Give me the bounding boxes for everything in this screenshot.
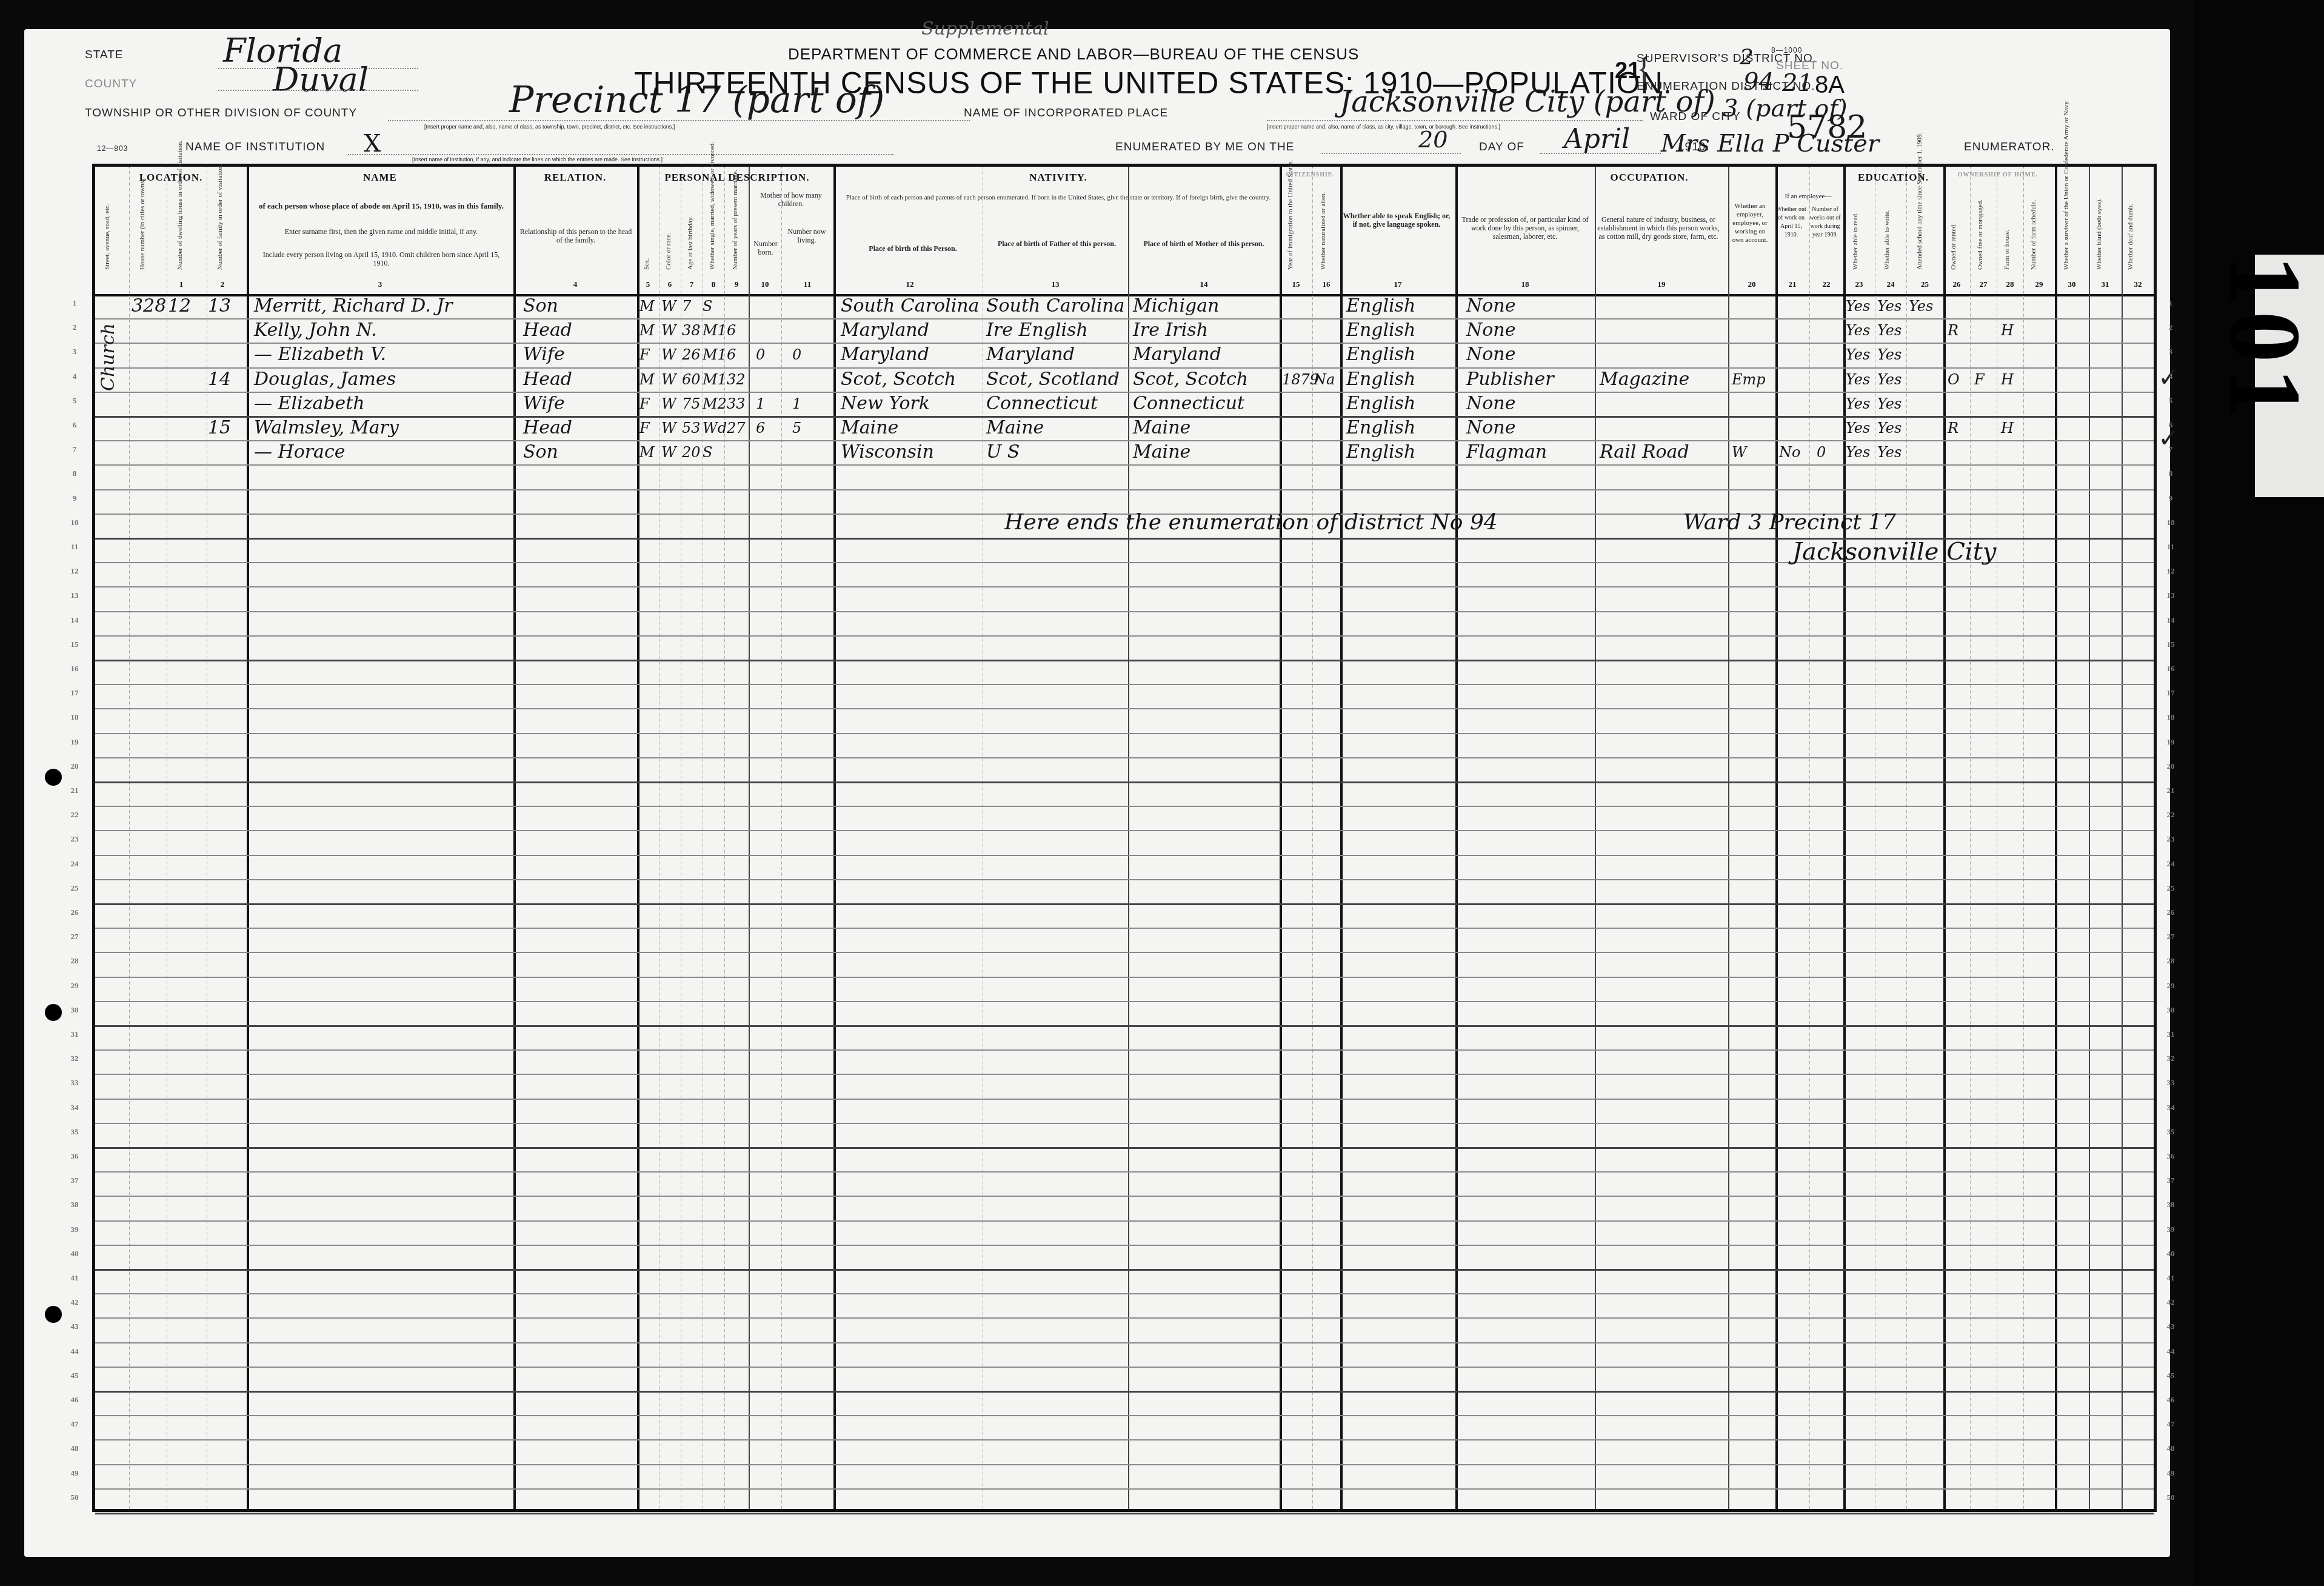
- cell-write: Yes: [1877, 367, 1902, 392]
- line-number: 42: [65, 1297, 84, 1307]
- row-divider: [95, 806, 2154, 807]
- sub-house: House number (in cities or towns).: [139, 203, 146, 270]
- row-divider: [95, 708, 2154, 709]
- colnum: 8: [703, 279, 724, 289]
- cell-dwelling: 12: [168, 294, 191, 318]
- line-number: 34: [2162, 1103, 2180, 1113]
- sub-out-of-work: Whether out of work on April 15, 1910.: [1775, 206, 1807, 239]
- cell-read: Yes: [1846, 343, 1870, 367]
- sub-name-desc: of each person whose place of abode on A…: [254, 202, 509, 210]
- cell-birth-person: Maryland: [841, 343, 929, 367]
- end-note-ward: Ward 3 Precinct 17: [1683, 510, 1896, 535]
- cell-years-married: 27: [727, 416, 746, 440]
- row-divider: [95, 416, 2154, 418]
- line-number: 43: [2162, 1322, 2180, 1331]
- line-number: 33: [65, 1078, 84, 1088]
- cell-color: W: [661, 416, 676, 440]
- line-number: 44: [2162, 1347, 2180, 1356]
- colnum: 25: [1906, 279, 1943, 289]
- colnum: 30: [2055, 279, 2089, 289]
- township-line: [388, 120, 970, 121]
- cell-name: Douglas, James: [254, 367, 396, 392]
- cell-school: Yes: [1909, 294, 1933, 318]
- sub-marital: Whether single, married, widowed, or div…: [709, 191, 716, 270]
- line-number: 17: [65, 688, 84, 698]
- colnum: 26: [1943, 279, 1970, 289]
- line-number: 39: [65, 1225, 84, 1234]
- cell-age: 53: [682, 416, 701, 440]
- cell-name: Walmsley, Mary: [254, 416, 399, 440]
- sub-free: Owned free or mortgaged.: [1977, 197, 1984, 270]
- cell-name: — Elizabeth V.: [254, 343, 386, 367]
- cell-sex: M: [639, 318, 655, 343]
- cell-birth-mother: Connecticut: [1133, 392, 1244, 416]
- cell-owned: R: [1948, 416, 1958, 440]
- row-divider: [95, 757, 2154, 758]
- cell-sex: F: [639, 416, 650, 440]
- line-number: 45: [2162, 1371, 2180, 1380]
- cell-owned: O: [1948, 367, 1960, 392]
- row-divider: [95, 1171, 2154, 1173]
- line-number: 24: [65, 859, 84, 869]
- cell-marital: M2: [703, 392, 727, 416]
- group-ownership: OWNERSHIP OF HOME.: [1943, 172, 2052, 178]
- cell-relation: Head: [523, 416, 572, 440]
- cell-farm-house: H: [2001, 367, 2014, 392]
- cell-age: 20: [682, 440, 701, 464]
- end-note-main: Here ends the enumeration of district No…: [1004, 510, 1498, 535]
- group-name: NAME: [247, 172, 513, 184]
- line-number: 41: [65, 1273, 84, 1283]
- binder-edge: [2194, 0, 2324, 1586]
- cell-naturalized: Na: [1314, 367, 1335, 392]
- sub-veteran: Whether a survivor of the Union or Confe…: [2063, 179, 2070, 270]
- line-number: 3: [2162, 347, 2180, 356]
- line-number: 21: [2162, 786, 2180, 795]
- cell-trade: None: [1466, 294, 1515, 318]
- cell-language: English: [1346, 440, 1415, 464]
- cell-living: 1: [792, 392, 801, 416]
- punch-hole: [45, 769, 62, 786]
- line-number: 48: [65, 1444, 84, 1453]
- sub-employer: Whether an employer, employee, or workin…: [1728, 202, 1772, 244]
- sub-family: Number of family in order of visitation.: [216, 203, 224, 270]
- line-number: 18: [65, 712, 84, 722]
- sub-deaf: Whether deaf and dumb.: [2127, 179, 2134, 270]
- line-number: 42: [2162, 1297, 2180, 1307]
- cell-birth-person: Wisconsin: [841, 440, 934, 464]
- line-number: 37: [65, 1176, 84, 1185]
- cell-language: English: [1346, 294, 1415, 318]
- row-divider: [95, 1220, 2154, 1222]
- cell-birth-father: U S: [986, 440, 1020, 464]
- line-number: 32: [2162, 1054, 2180, 1063]
- cell-employer: Emp: [1732, 367, 1766, 392]
- cell-relation: Wife: [523, 392, 565, 416]
- cell-birth-person: New York: [841, 392, 930, 416]
- cell-relation: Head: [523, 318, 572, 343]
- line-number: 30: [2162, 1005, 2180, 1015]
- cell-color: W: [661, 318, 676, 343]
- cell-age: 75: [682, 392, 701, 416]
- colnum: 19: [1595, 279, 1728, 289]
- row-divider: [95, 684, 2154, 685]
- cell-sex: M: [639, 367, 655, 392]
- line-number: 21: [65, 786, 84, 795]
- line-number: 22: [65, 810, 84, 820]
- cell-read: Yes: [1846, 367, 1870, 392]
- cell-birth-mother: Maryland: [1133, 343, 1221, 367]
- incorporated-hint: [Insert proper name and, also, name of c…: [1267, 124, 1500, 130]
- cell-birth-father: Connecticut: [986, 392, 1098, 416]
- line-number: 11: [2162, 542, 2180, 552]
- sub-read: Whether able to read.: [1852, 197, 1859, 270]
- cell-family: 15: [208, 416, 231, 440]
- line-number: 9: [2162, 494, 2180, 503]
- sub-birth-mother: Place of birth of Mother of this person.: [1134, 239, 1274, 248]
- department-title: DEPARTMENT OF COMMERCE AND LABOR—BUREAU …: [788, 45, 1359, 64]
- cell-write: Yes: [1877, 294, 1902, 318]
- line-number: 39: [2162, 1225, 2180, 1234]
- colnum: 18: [1455, 279, 1595, 289]
- colnum: 10: [749, 279, 781, 289]
- enum-day: 20: [1418, 126, 1447, 153]
- row-divider: [95, 611, 2154, 612]
- line-number: 36: [2162, 1151, 2180, 1161]
- line-number: 8: [65, 469, 84, 478]
- colnum: 3: [247, 279, 513, 289]
- township-label: TOWNSHIP OR OTHER DIVISION OF COUNTY: [85, 107, 357, 120]
- line-number: 18: [2162, 712, 2180, 722]
- county-line: [218, 90, 418, 91]
- stamp-number: 5782: [1787, 109, 1867, 146]
- line-number: 15: [65, 640, 84, 649]
- cell-marital: M1: [703, 367, 727, 392]
- line-number: 31: [2162, 1029, 2180, 1039]
- row-divider: [95, 464, 2154, 466]
- cell-color: W: [661, 343, 676, 367]
- cell-age: 38: [682, 318, 701, 343]
- cell-relation: Son: [523, 440, 558, 464]
- row-divider: [95, 635, 2154, 637]
- sub-street: Street, avenue, road, etc.: [104, 203, 111, 270]
- cell-sex: M: [639, 440, 655, 464]
- line-number: 28: [65, 956, 84, 966]
- cell-marital: M1: [703, 318, 727, 343]
- row-divider: [95, 1074, 2154, 1075]
- sub-naturalized: Whether naturalized or alien.: [1320, 191, 1327, 270]
- cell-born: 0: [756, 343, 765, 367]
- line-number: 20: [65, 761, 84, 771]
- colnum: 22: [1809, 279, 1843, 289]
- line-number: 8: [2162, 469, 2180, 478]
- line-number: 13: [65, 591, 84, 600]
- line-number: 22: [2162, 810, 2180, 820]
- cell-language: English: [1346, 343, 1415, 367]
- line-number: 47: [65, 1419, 84, 1429]
- cell-color: W: [661, 367, 676, 392]
- binder-label: 101: [2206, 255, 2324, 424]
- row-divider: [95, 1245, 2154, 1246]
- sub-mother-of: Mother of how many children.: [750, 191, 832, 208]
- line-number: 17: [2162, 688, 2180, 698]
- cell-write: Yes: [1877, 318, 1902, 343]
- enumeration-district: 94: [1743, 68, 1774, 96]
- colnum: 23: [1843, 279, 1875, 289]
- line-number: 1: [65, 298, 84, 308]
- colnum: 13: [983, 279, 1128, 289]
- cell-relation: Son: [523, 294, 558, 318]
- line-number: 30: [65, 1005, 84, 1015]
- cell-read: Yes: [1846, 294, 1870, 318]
- sub-name-inst2: Include every person living on April 15,…: [254, 250, 509, 267]
- sub-name-inst1: Enter surname first, then the given name…: [254, 227, 509, 236]
- line-number: 33: [2162, 1078, 2180, 1088]
- township-hint: [Insert proper name and, also, name of c…: [424, 124, 675, 130]
- cell-years-married: 33: [727, 392, 746, 416]
- cell-relation: Wife: [523, 343, 565, 367]
- form-code-right: 8—1000: [1771, 46, 1802, 55]
- cell-write: Yes: [1877, 416, 1902, 440]
- cell-read: Yes: [1846, 318, 1870, 343]
- sub-age: Age at last birthday.: [687, 197, 694, 270]
- row-divider: [95, 1513, 2154, 1514]
- line-number: 7: [2162, 444, 2180, 454]
- row-divider: [95, 903, 2154, 905]
- cell-read: Yes: [1846, 392, 1870, 416]
- cell-sex: M: [639, 294, 655, 318]
- line-number: 49: [65, 1468, 84, 1478]
- row-divider: [95, 343, 2154, 344]
- census-table: LOCATION. NAME RELATION. PERSONAL DESCRI…: [92, 164, 2157, 1512]
- enum-month: April: [1564, 124, 1630, 155]
- line-number: 6: [2162, 420, 2180, 430]
- cell-language: English: [1346, 318, 1415, 343]
- sub-farm-schedule: Number of farm schedule.: [2030, 197, 2037, 270]
- cell-age: 26: [682, 343, 701, 367]
- line-number: 9: [65, 494, 84, 503]
- line-number: 4: [2162, 372, 2180, 381]
- line-number: 14: [65, 615, 84, 625]
- row-divider: [95, 489, 2154, 490]
- line-number: 19: [65, 737, 84, 747]
- cell-living: 5: [792, 416, 801, 440]
- line-number: 40: [2162, 1249, 2180, 1259]
- line-number: 3: [65, 347, 84, 356]
- cell-born: 6: [756, 416, 765, 440]
- cell-trade: None: [1466, 343, 1515, 367]
- row-divider: [95, 1196, 2154, 1197]
- colnum: 24: [1875, 279, 1906, 289]
- cell-industry: Magazine: [1600, 367, 1689, 392]
- cell-family: 14: [208, 367, 231, 392]
- colnum: 21: [1775, 279, 1809, 289]
- row-divider: [95, 1269, 2154, 1271]
- line-number: 4: [65, 372, 84, 381]
- sub-industry: General nature of industry, business, or…: [1595, 215, 1722, 241]
- row-divider: [95, 830, 2154, 831]
- cell-write: Yes: [1877, 440, 1902, 464]
- sub-blind: Whether blind (both eyes).: [2095, 179, 2103, 270]
- line-number: 31: [65, 1029, 84, 1039]
- cell-born: 1: [756, 392, 765, 416]
- colnum: 27: [1970, 279, 1997, 289]
- sub-dwelling: Number of dwelling house in order of vis…: [176, 203, 184, 270]
- line-number: 5: [2162, 396, 2180, 406]
- line-number: 29: [2162, 981, 2180, 991]
- cell-name: Kelly, John N.: [254, 318, 377, 343]
- cell-birth-person: South Carolina: [841, 294, 980, 318]
- colnum: 6: [659, 279, 681, 289]
- cell-birth-mother: Scot, Scotch: [1133, 367, 1248, 392]
- line-number: 38: [65, 1200, 84, 1210]
- cell-birth-mother: Ire Irish: [1133, 318, 1208, 343]
- colnum: 17: [1340, 279, 1455, 289]
- cell-farm-house: H: [2001, 416, 2014, 440]
- sub-birth-person: Place of birth of this Person.: [843, 244, 983, 253]
- form-code: 12—803: [97, 144, 128, 153]
- line-number: 45: [65, 1371, 84, 1380]
- cell-house: 328: [132, 294, 166, 318]
- row-divider: [95, 1001, 2154, 1002]
- group-occupation: OCCUPATION.: [1455, 172, 1843, 184]
- row-divider: [95, 1415, 2154, 1416]
- institution-hint: [Insert name of institution, if any, and…: [412, 156, 663, 162]
- cell-years-married: 6: [727, 343, 736, 367]
- cell-relation: Head: [523, 367, 572, 392]
- line-number: 35: [65, 1127, 84, 1137]
- cell-language: English: [1346, 416, 1415, 440]
- line-number: 13: [2162, 591, 2180, 600]
- row-divider: [95, 1439, 2154, 1440]
- cell-years-married: 6: [727, 318, 736, 343]
- line-number: 7: [65, 444, 84, 454]
- row-divider: [95, 1123, 2154, 1124]
- cell-age: 60: [682, 367, 701, 392]
- line-number: 38: [2162, 1200, 2180, 1210]
- row-divider: [95, 1488, 2154, 1490]
- enumerated-label: ENUMERATED BY ME ON THE: [1115, 141, 1294, 154]
- end-note-city: Jacksonville City: [1792, 538, 1996, 566]
- cell-farm-house: H: [2001, 318, 2014, 343]
- row-divider: [95, 367, 2154, 369]
- cell-birth-person: Scot, Scotch: [841, 367, 956, 392]
- line-number: 16: [2162, 664, 2180, 674]
- cell-sex: F: [639, 392, 650, 416]
- colnum: 2: [204, 279, 241, 289]
- cell-trade: None: [1466, 318, 1515, 343]
- cell-out-of-work: No: [1779, 440, 1800, 464]
- cell-read: Yes: [1846, 440, 1870, 464]
- cell-birth-father: Ire English: [986, 318, 1088, 343]
- row-divider: [95, 1293, 2154, 1294]
- cell-birth-father: Maryland: [986, 343, 1075, 367]
- sub-color: Color or race.: [665, 203, 672, 270]
- cell-marital: Wd: [703, 416, 727, 440]
- cell-industry: Rail Road: [1600, 440, 1689, 464]
- line-number: 6: [65, 420, 84, 430]
- line-number: 2: [65, 323, 84, 332]
- sub-living: Number now living.: [783, 227, 831, 244]
- row-divider: [95, 1464, 2154, 1465]
- sub-weeks-out: Number of weeks out of work during year …: [1809, 206, 1841, 239]
- line-number: 35: [2162, 1127, 2180, 1137]
- cell-owned: R: [1948, 318, 1958, 343]
- line-number: 48: [2162, 1444, 2180, 1453]
- cell-language: English: [1346, 367, 1415, 392]
- cell-write: Yes: [1877, 392, 1902, 416]
- line-number: 32: [65, 1054, 84, 1063]
- county-value: Duval: [273, 61, 369, 99]
- cell-birth-mother: Michigan: [1133, 294, 1219, 318]
- colnum: 7: [681, 279, 703, 289]
- cell-name: — Horace: [254, 440, 346, 464]
- row-divider: [95, 1025, 2154, 1027]
- cell-trade: None: [1466, 416, 1515, 440]
- street-name: Church: [98, 323, 119, 391]
- row-divider: [95, 733, 2154, 734]
- sub-years-married: Number of years of present marriage.: [732, 191, 739, 270]
- cell-family: 13: [208, 294, 231, 318]
- incorporated-line: [1267, 120, 1643, 121]
- sub-if-employee: If an employee—: [1775, 192, 1841, 201]
- line-number: 41: [2162, 1273, 2180, 1283]
- cell-marital: S: [703, 440, 712, 464]
- cell-birth-father: Maine: [986, 416, 1044, 440]
- line-number: 49: [2162, 1468, 2180, 1478]
- group-relation: RELATION.: [513, 172, 637, 184]
- sub-relation: Relationship of this person to the head …: [519, 227, 632, 244]
- cell-weeks-out: 0: [1817, 440, 1826, 464]
- cell-color: W: [661, 440, 676, 464]
- cell-trade: Publisher: [1466, 367, 1554, 392]
- line-number: 1: [2162, 298, 2180, 308]
- institution-line: [348, 154, 893, 155]
- line-number: 46: [65, 1395, 84, 1405]
- cell-read: Yes: [1846, 416, 1870, 440]
- line-number: 23: [2162, 834, 2180, 844]
- state-label: STATE: [85, 49, 123, 62]
- cell-color: W: [661, 392, 676, 416]
- line-number: 15: [2162, 640, 2180, 649]
- colnum: 9: [724, 279, 749, 289]
- group-location: LOCATION.: [95, 172, 247, 184]
- cell-marital: M1: [703, 343, 727, 367]
- sub-sex: Sex.: [643, 215, 650, 270]
- colnum: 1: [163, 279, 199, 289]
- line-number: 27: [2162, 932, 2180, 942]
- colnum: 11: [781, 279, 833, 289]
- row-divider: [95, 1317, 2154, 1319]
- cell-sex: F: [639, 343, 650, 367]
- sub-farm-house: Farm or house.: [2003, 197, 2011, 270]
- colnum: 32: [2122, 279, 2154, 289]
- row-divider: [95, 1049, 2154, 1051]
- line-number: 50: [2162, 1493, 2180, 1502]
- sub-birth-father: Place of birth of Father of this person.: [989, 239, 1125, 248]
- line-number: 29: [65, 981, 84, 991]
- line-number: 14: [2162, 615, 2180, 625]
- cell-birth-father: South Carolina: [986, 294, 1125, 318]
- incorporated-label: NAME OF INCORPORATED PLACE: [964, 107, 1168, 120]
- line-number: 46: [2162, 1395, 2180, 1405]
- line-number: 40: [65, 1249, 84, 1259]
- punch-hole: [45, 1306, 62, 1323]
- colnum: 12: [837, 279, 983, 289]
- line-number: 44: [65, 1347, 84, 1356]
- line-number: 26: [2162, 908, 2180, 917]
- cell-free: F: [1974, 367, 1985, 392]
